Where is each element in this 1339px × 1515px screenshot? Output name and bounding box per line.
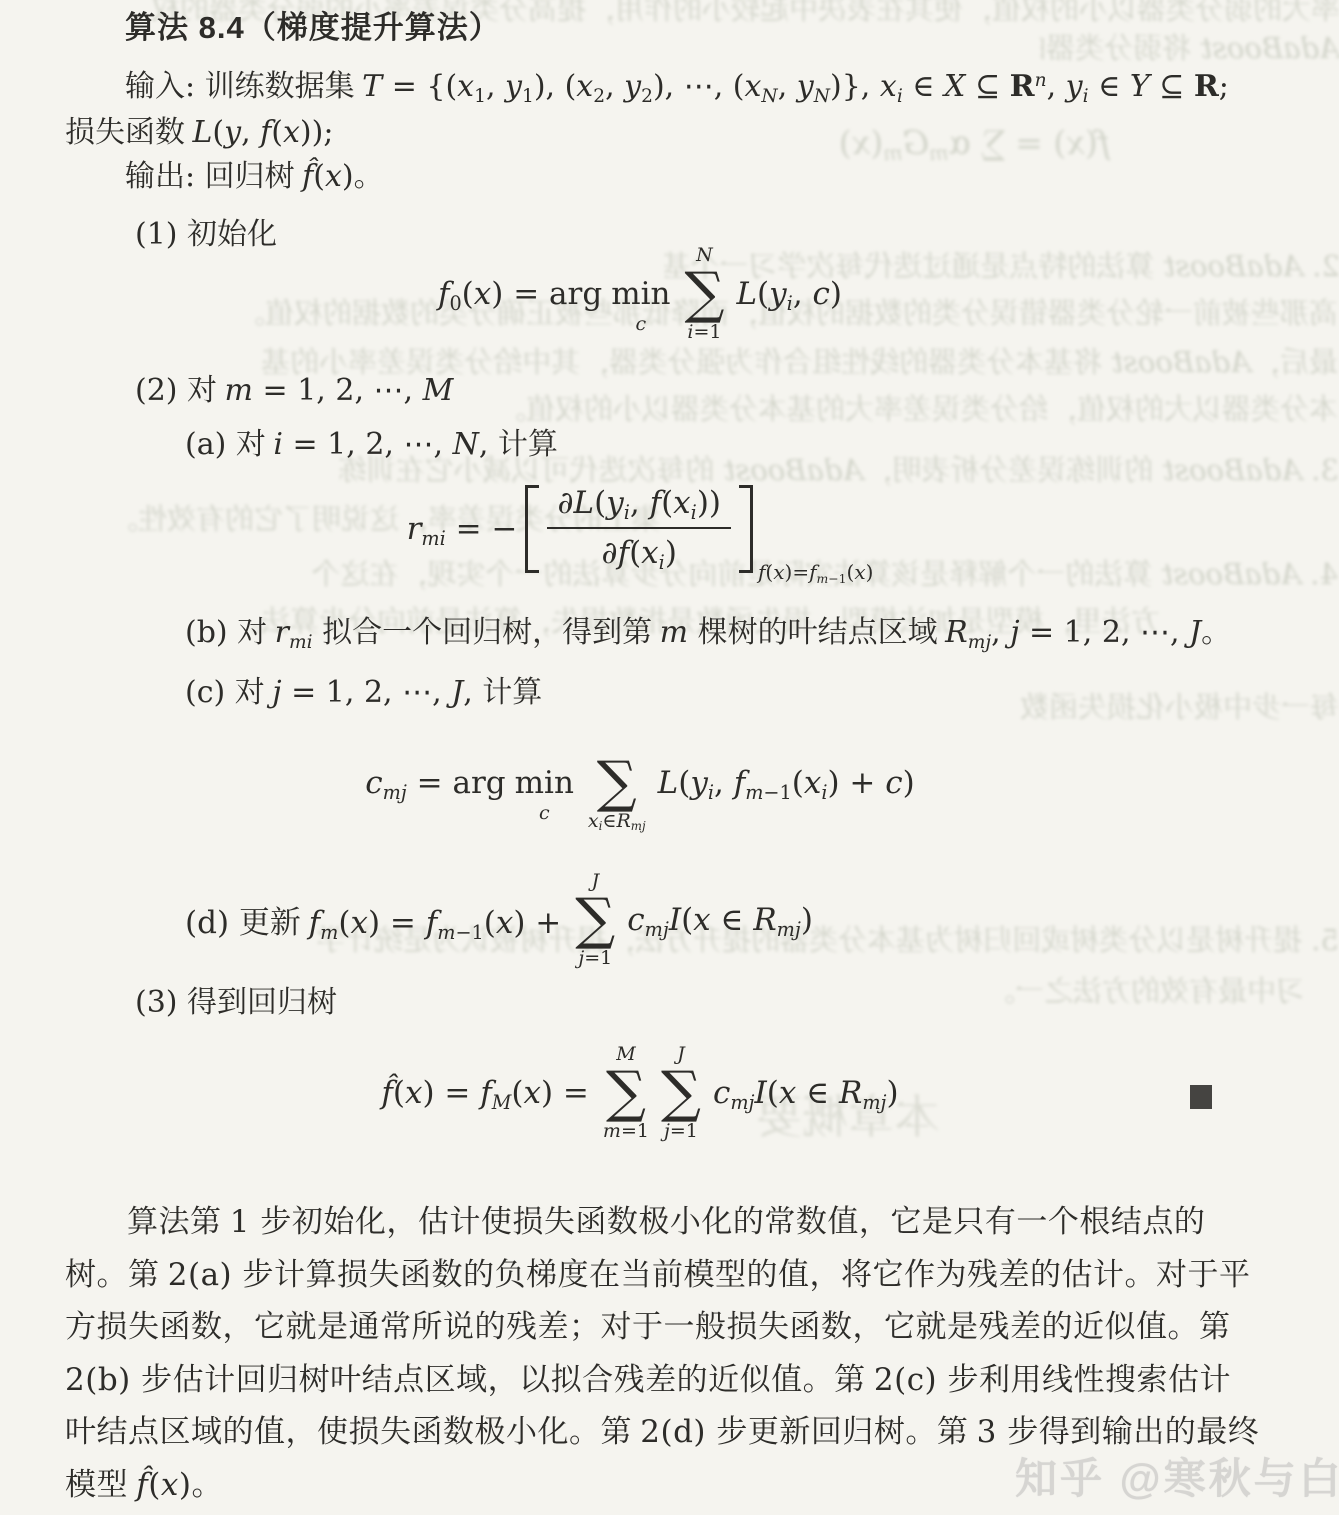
bleedthrough-text: AdaBoost 将弱分类器的线性组合	[1040, 30, 1339, 69]
step-2a-label: (a) 对 i = 1, 2, ⋯, N, 计算	[185, 424, 558, 466]
sum-lower-limit: xi∈Rmj	[588, 809, 646, 834]
formula-rhs: L(yi, fm−1(xi) + c)	[658, 765, 915, 801]
algorithm-input-line: 输入: 训练数据集 T = {(x1, y1), (x2, y2), ⋯, (x…	[125, 66, 1229, 108]
formula-rhs: cmjI(x ∈ Rmj)	[627, 902, 813, 938]
min-subscript: c	[539, 804, 550, 823]
commentary-line: 2(b) 步估计回归树叶结点区域，以拟合残差的近似值。第 2(c) 步利用线性搜…	[65, 1354, 1225, 1407]
bleedthrough-text: 习中最有效的方法之一。	[745, 974, 1305, 1012]
algorithm-title: 算法 8.4（梯度提升算法）	[125, 6, 501, 49]
formula-rhs: cmjI(x ∈ Rmj)	[713, 1075, 899, 1111]
sigma-icon: ∑	[684, 268, 724, 320]
sum-lower-limit: i=1	[687, 320, 721, 345]
formula-lhs: f0(x) = arg	[438, 276, 602, 312]
sum-lower-limit: m=1	[603, 1119, 649, 1144]
sigma-icon: ∑	[606, 1067, 646, 1119]
zhihu-watermark: 知乎 @寒秋与白夜	[1015, 1446, 1339, 1506]
denominator: ∂f(xi)	[592, 529, 687, 573]
formula-lhs: (d) 更新 fm(x) = fm−1(x) +	[185, 897, 561, 942]
min-operator: min	[611, 276, 670, 312]
min-operator: min	[515, 765, 574, 801]
sum-lower-limit: j=1	[664, 1119, 698, 1144]
step-2c-label: (c) 对 j = 1, 2, ⋯, J, 计算	[185, 672, 542, 714]
algorithm-output-line: 输出: 回归树 f̂(x)。	[125, 156, 384, 198]
formula-rhs: L(yi, c)	[736, 276, 842, 312]
min-subscript: c	[636, 315, 647, 334]
commentary-line: 算法第 1 步初始化，估计使损失函数极小化的常数值，它是只有一个根结点的	[65, 1196, 1225, 1249]
formula-initialization: f0(x) = arg min c N ∑ i=1 L(yi, c)	[65, 238, 1215, 350]
book-page: 率大的弱分类器以小的权值，使其在表决中起较小的作用，提高分类误差率小的弱分类器的…	[0, 0, 1339, 1515]
sum-lower-limit: j=1	[578, 946, 612, 971]
left-bracket-icon	[525, 485, 539, 573]
bleedthrough-text: 每一步中极小化损失函数	[950, 690, 1339, 728]
bleedthrough-text: f(x) = ∑ αmGm(x)	[840, 122, 1110, 166]
summation: J ∑ j=1	[661, 1042, 701, 1144]
formula-negative-gradient: rmi = − ∂L(yi, f(xi)) ∂f(xi) f(x)=fm−1(x…	[65, 468, 1215, 590]
formula-lhs: rmi = −	[407, 511, 518, 547]
step-3-label: (3) 得到回归树	[135, 982, 337, 1024]
sigma-icon: ∑	[661, 1067, 701, 1119]
commentary-line: 树。第 2(a) 步计算损失函数的负梯度在当前模型的值，将它作为残差的估计。对于…	[65, 1249, 1225, 1302]
formula-lhs: f̂(x) = fM(x) =	[381, 1075, 589, 1111]
sigma-icon: ∑	[597, 757, 637, 809]
commentary-line: 方损失函数，它就是通常所说的残差；对于一般损失函数，它就是残差的近似值。第	[65, 1301, 1225, 1354]
sigma-icon: ∑	[575, 894, 615, 946]
step-2d-update-line: (d) 更新 fm(x) = fm−1(x) + J ∑ j=1 cmjI(x …	[185, 862, 813, 978]
summation: ∑ xi∈Rmj	[588, 733, 646, 834]
argmin-operator: min c	[515, 765, 574, 823]
summation: M ∑ m=1	[603, 1042, 649, 1144]
summation: N ∑ i=1	[684, 243, 724, 345]
argmin-operator: min c	[611, 276, 670, 334]
end-of-algorithm-icon	[1190, 1085, 1212, 1109]
step-2-label: (2) 对 m = 1, 2, ⋯, M	[135, 370, 453, 412]
formula-lhs: cmj = arg	[365, 765, 505, 801]
numerator: ∂L(yi, f(xi))	[547, 485, 731, 529]
summation: J ∑ j=1	[575, 869, 615, 971]
step-2b-label: (b) 对 rmi 拟合一个回归树，得到第 m 棵树的叶结点区域 Rmj, j …	[185, 612, 1231, 654]
bracket-group: ∂L(yi, f(xi)) ∂f(xi)	[525, 485, 753, 573]
formula-leaf-value: cmj = arg min c ∑ xi∈Rmj L(yi, fm−1(xi) …	[65, 726, 1215, 841]
right-bracket-icon	[739, 485, 753, 573]
fraction: ∂L(yi, f(xi)) ∂f(xi)	[547, 485, 731, 573]
bracket-subscript: f(x)=fm−1(x)	[758, 560, 873, 585]
algorithm-loss-function-line: 损失函数 L(y, f(x));	[65, 112, 333, 154]
formula-final-model: f̂(x) = fM(x) = M ∑ m=1 J ∑ j=1 cmjI(x ∈…	[65, 1034, 1215, 1152]
